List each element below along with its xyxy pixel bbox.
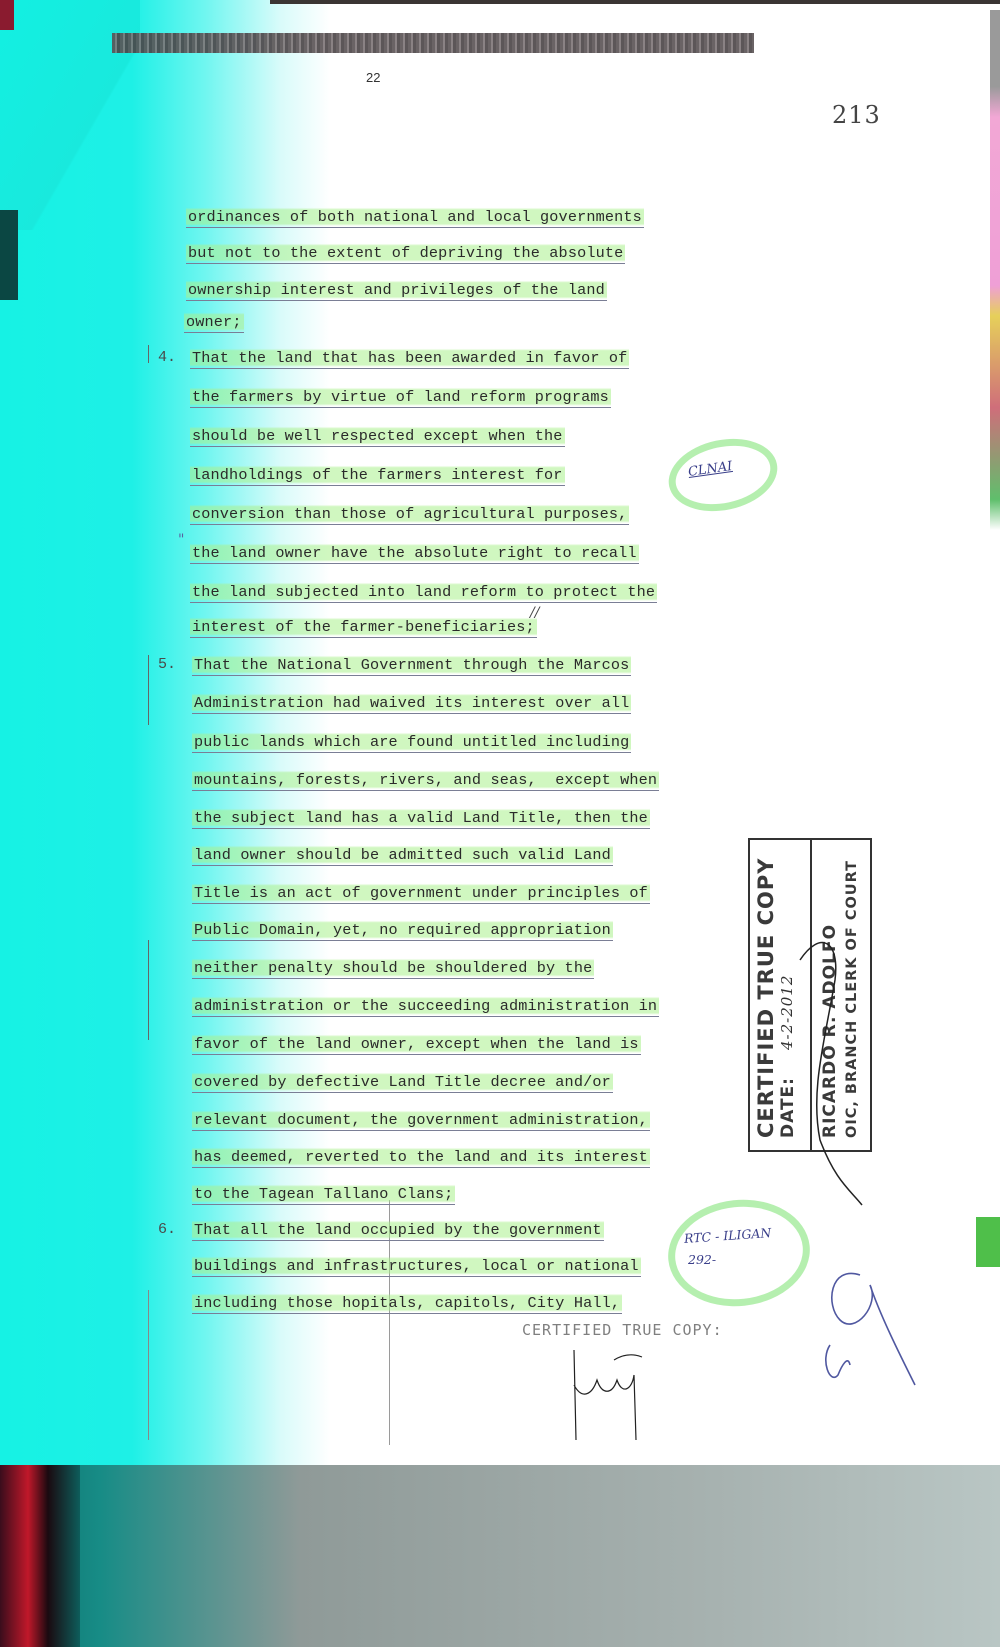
typed-page-number: 22: [366, 70, 380, 85]
margin-quote-mark: ": [178, 532, 184, 548]
blue-signature-icon: [820, 1265, 910, 1405]
text-line: land owner should be admitted such valid…: [192, 846, 613, 864]
text-line: That the National Government through the…: [192, 656, 631, 674]
stamp-signature-icon: [780, 920, 890, 1220]
margin-mark: [148, 655, 149, 725]
margin-ditto-mark: //: [530, 605, 539, 621]
text-line: ordinances of both national and local go…: [186, 208, 644, 226]
text-line: but not to the extent of depriving the a…: [186, 244, 625, 262]
text-line: administration or the succeeding adminis…: [192, 997, 659, 1015]
text-line: including those hopitals, capitols, City…: [192, 1294, 622, 1312]
page-top-edge: [270, 0, 1000, 4]
text-line: public lands which are found untitled in…: [192, 733, 631, 751]
text-line: owner;: [184, 313, 244, 331]
stamp-certified-label: CERTIFIED TRUE COPY: [754, 858, 778, 1138]
text-line: mountains, forests, rivers, and seas, ex…: [192, 771, 659, 789]
text-line: the farmers by virtue of land reform pro…: [190, 388, 611, 406]
scan-bottom-strip: [0, 1465, 1000, 1647]
text-line: the land subjected into land reform to p…: [190, 583, 657, 601]
text-line: That the land that has been awarded in f…: [190, 349, 629, 367]
faded-certified-stamp: CERTIFIED TRUE COPY:: [522, 1321, 723, 1339]
text-line: conversion than those of agricultural pu…: [190, 505, 629, 523]
item-number: 6.: [158, 1221, 176, 1238]
margin-mark: [148, 1290, 149, 1440]
text-line: the subject land has a valid Land Title,…: [192, 809, 650, 827]
text-line: That all the land occupied by the govern…: [192, 1221, 604, 1239]
text-line: relevant document, the government admini…: [192, 1111, 650, 1129]
scan-bottom-corner: [0, 1465, 80, 1647]
text-line: neither penalty should be shouldered by …: [192, 959, 594, 977]
margin-mark: [148, 940, 149, 1040]
scan-corner-dark: [0, 210, 18, 300]
stamped-page-number: 213: [832, 101, 881, 129]
text-line: Title is an act of government under prin…: [192, 884, 650, 902]
text-line: Public Domain, yet, no required appropri…: [192, 921, 613, 939]
green-page-tab: [976, 1217, 1000, 1267]
text-line: the land owner have the absolute right t…: [190, 544, 639, 562]
scan-header-bar: [112, 33, 754, 53]
text-line: landholdings of the farmers interest for: [190, 466, 565, 484]
text-line: buildings and infrastructures, local or …: [192, 1257, 641, 1275]
text-line: favor of the land owner, except when the…: [192, 1035, 641, 1053]
text-line: to the Tagean Tallano Clans;: [192, 1185, 455, 1203]
item-number: 4.: [158, 349, 176, 366]
margin-mark: [148, 345, 149, 363]
scan-corner-red: [0, 0, 14, 30]
circled-note-number: 292-: [688, 1252, 716, 1267]
text-line: covered by defective Land Title decree a…: [192, 1073, 613, 1091]
text-line: should be well respected except when the: [190, 427, 565, 445]
page-tabs-strip: [990, 10, 1000, 1540]
item-number: 5.: [158, 656, 176, 673]
text-line: Administration had waived its interest o…: [192, 694, 631, 712]
text-line: ownership interest and privileges of the…: [186, 281, 607, 299]
text-line: interest of the farmer-beneficiaries;: [190, 618, 537, 636]
bottom-signature-icon: [562, 1345, 652, 1445]
text-line: has deemed, reverted to the land and its…: [192, 1148, 650, 1166]
